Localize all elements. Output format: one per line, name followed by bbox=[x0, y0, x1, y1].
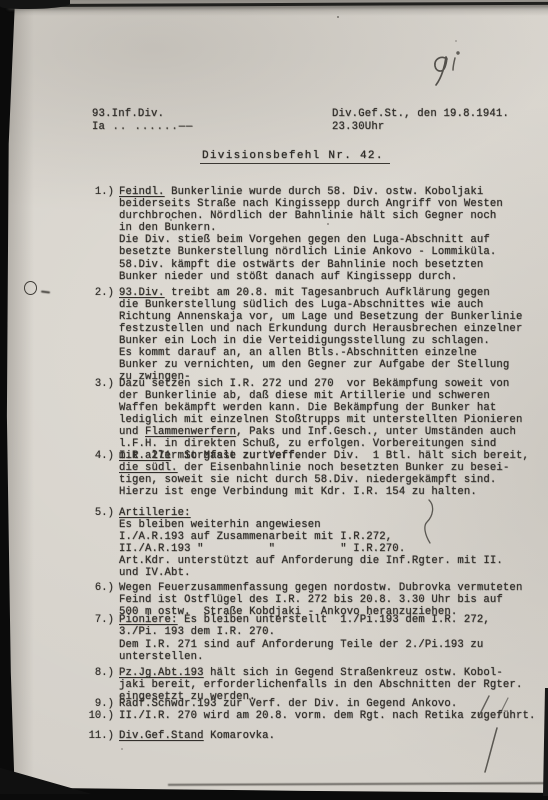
scan-edge-right bbox=[543, 688, 548, 796]
item-text: 93.Div. treibt am 20.8. mit Tagesanbruch… bbox=[119, 287, 534, 384]
order-item: 9.)Radf.Schwdr.193 zur Verf. der Div. in… bbox=[88, 698, 534, 710]
scan-edge-top bbox=[8, 2, 548, 7]
item-text: Feindl. Bunkerlinie wurde durch 58. Div.… bbox=[119, 186, 534, 283]
handwriting-long-slash-icon bbox=[478, 724, 502, 776]
scan-edge-top-corner bbox=[0, 0, 70, 9]
item-number: 10.) bbox=[88, 710, 114, 722]
pen-dash-mark bbox=[41, 290, 50, 293]
handwriting-slash-marks-icon bbox=[472, 692, 516, 720]
item-text: Wegen Feuerzusammenfassung gegen nordost… bbox=[119, 582, 534, 618]
unit-designation-block: 93.Inf.Div. Ia .. ......—— bbox=[92, 108, 193, 134]
punch-hole-icon bbox=[24, 281, 37, 295]
order-item: 6.)Wegen Feuerzusammenfassung gegen nord… bbox=[88, 582, 534, 618]
item-number: 4.) bbox=[88, 450, 114, 498]
order-title: Divisionsbefehl Nr. 42. bbox=[200, 150, 390, 164]
section-underline-marks: .. ......—— bbox=[105, 121, 193, 133]
item-number: 11.) bbox=[88, 730, 114, 742]
issue-time: 23.30Uhr bbox=[332, 121, 509, 134]
order-item: 4.)I.R. 271 mit Masse zur Verf. der Div.… bbox=[88, 450, 534, 498]
order-item: 10.)II./I.R. 270 wird am 20.8. vorm. dem… bbox=[88, 710, 534, 722]
item-text: Pioniere: Es bleiben unterstellt 1./Pi.1… bbox=[119, 614, 534, 662]
handwriting-squiggle-icon bbox=[418, 497, 440, 547]
item-number: 9.) bbox=[88, 698, 114, 710]
item-number: 7.) bbox=[88, 614, 114, 662]
dust-specks bbox=[0, 0, 2, 2]
item-number: 5.) bbox=[88, 507, 114, 580]
order-item: 11.)Div.Gef.Stand Komarovka. bbox=[88, 730, 534, 742]
item-number: 6.) bbox=[88, 582, 114, 618]
date-block: Div.Gef.St., den 19.8.1941. 23.30Uhr bbox=[332, 108, 509, 133]
order-item: 2.)93.Div. treibt am 20.8. mit Tagesanbr… bbox=[88, 287, 534, 384]
order-items: 1.)Feindl. Bunkerlinie wurde durch 58. D… bbox=[88, 186, 534, 742]
item-number: 1.) bbox=[88, 186, 114, 283]
order-item: 5.)Artillerie:Es bleiben weiterhin angew… bbox=[88, 507, 534, 580]
item-number: 2.) bbox=[88, 287, 114, 384]
order-item: 1.)Feindl. Bunkerlinie wurde durch 58. D… bbox=[88, 186, 534, 283]
paper-edge-shadow bbox=[168, 782, 548, 786]
item-text: Artillerie:Es bleiben weiterhin angewies… bbox=[119, 507, 534, 580]
scan-edge-left bbox=[0, 0, 15, 800]
section-line: Ia .. ......—— bbox=[92, 121, 193, 134]
section-label: Ia bbox=[92, 121, 105, 133]
handwriting-gi-scribble-icon bbox=[424, 46, 482, 94]
scanned-page: 93.Inf.Div. Ia .. ......—— Div.Gef.St., … bbox=[0, 0, 548, 800]
item-text: I.R. 271 mit Masse zur Verf. der Div. 1 … bbox=[119, 450, 534, 498]
item-text: Div.Gef.Stand Komarovka. bbox=[119, 730, 534, 742]
command-post-date: Div.Gef.St., den 19.8.1941. bbox=[332, 108, 509, 121]
order-item: 7.)Pioniere: Es bleiben unterstellt 1./P… bbox=[88, 614, 534, 662]
unit-name: 93.Inf.Div. bbox=[92, 108, 193, 121]
